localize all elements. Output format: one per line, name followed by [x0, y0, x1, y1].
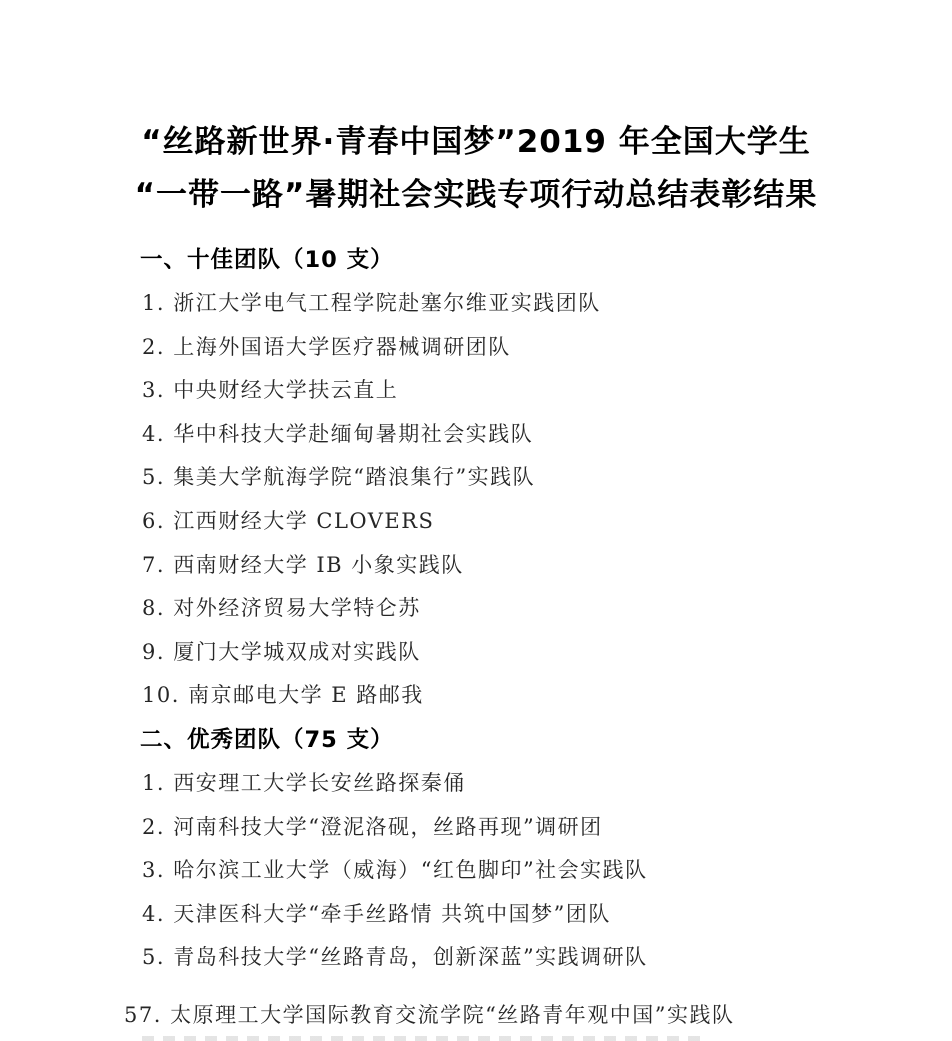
section-top-ten-teams: 一、十佳团队（10 支） 1. 浙江大学电气工程学院赴塞尔维亚实践团队 2. 上… [0, 238, 952, 718]
document-page: “丝路新世界·青春中国梦”2019 年全国大学生 “一带一路”暑期社会实践专项行… [0, 0, 952, 1041]
list-item: 5. 青岛科技大学“丝路青岛，创新深蓝”实践调研队 [0, 936, 952, 980]
list-item: 5. 集美大学航海学院“踏浪集行”实践队 [0, 456, 952, 500]
list-item: 2. 河南科技大学“澄泥洛砚，丝路再现”调研团 [0, 806, 952, 850]
list-item: 3. 哈尔滨工业大学（威海）“红色脚印”社会实践队 [0, 849, 952, 893]
list-item: 57. 太原理工大学国际教育交流学院“丝路青年观中国”实践队 [0, 994, 952, 1038]
list-item: 2. 上海外国语大学医疗器械调研团队 [0, 326, 952, 370]
title-line-2: “一带一路”暑期社会实践专项行动总结表彰结果 [0, 169, 952, 222]
title-line-1: “丝路新世界·青春中国梦”2019 年全国大学生 [0, 116, 952, 169]
list-item: 4. 天津医科大学“牵手丝路情 共筑中国梦”团队 [0, 893, 952, 937]
section-excellent-teams: 二、优秀团队（75 支） 1. 西安理工大学长安丝路探秦俑 2. 河南科技大学“… [0, 718, 952, 1038]
list-item: 4. 华中科技大学赴缅甸暑期社会实践队 [0, 413, 952, 457]
list-item: 1. 西安理工大学长安丝路探秦俑 [0, 762, 952, 806]
list-item: 6. 江西财经大学 CLOVERS [0, 500, 952, 544]
list-item: 10. 南京邮电大学 E 路邮我 [0, 674, 952, 718]
list-item: 7. 西南财经大学 IB 小象实践队 [0, 544, 952, 588]
section-heading: 一、十佳团队（10 支） [0, 238, 952, 282]
list-item: 8. 对外经济贸易大学特仑苏 [0, 587, 952, 631]
section-heading: 二、优秀团队（75 支） [0, 718, 952, 762]
document-title: “丝路新世界·青春中国梦”2019 年全国大学生 “一带一路”暑期社会实践专项行… [0, 0, 952, 222]
list-item: 9. 厦门大学城双成对实践队 [0, 631, 952, 675]
list-item: 3. 中央财经大学扶云直上 [0, 369, 952, 413]
list-item: 1. 浙江大学电气工程学院赴塞尔维亚实践团队 [0, 282, 952, 326]
